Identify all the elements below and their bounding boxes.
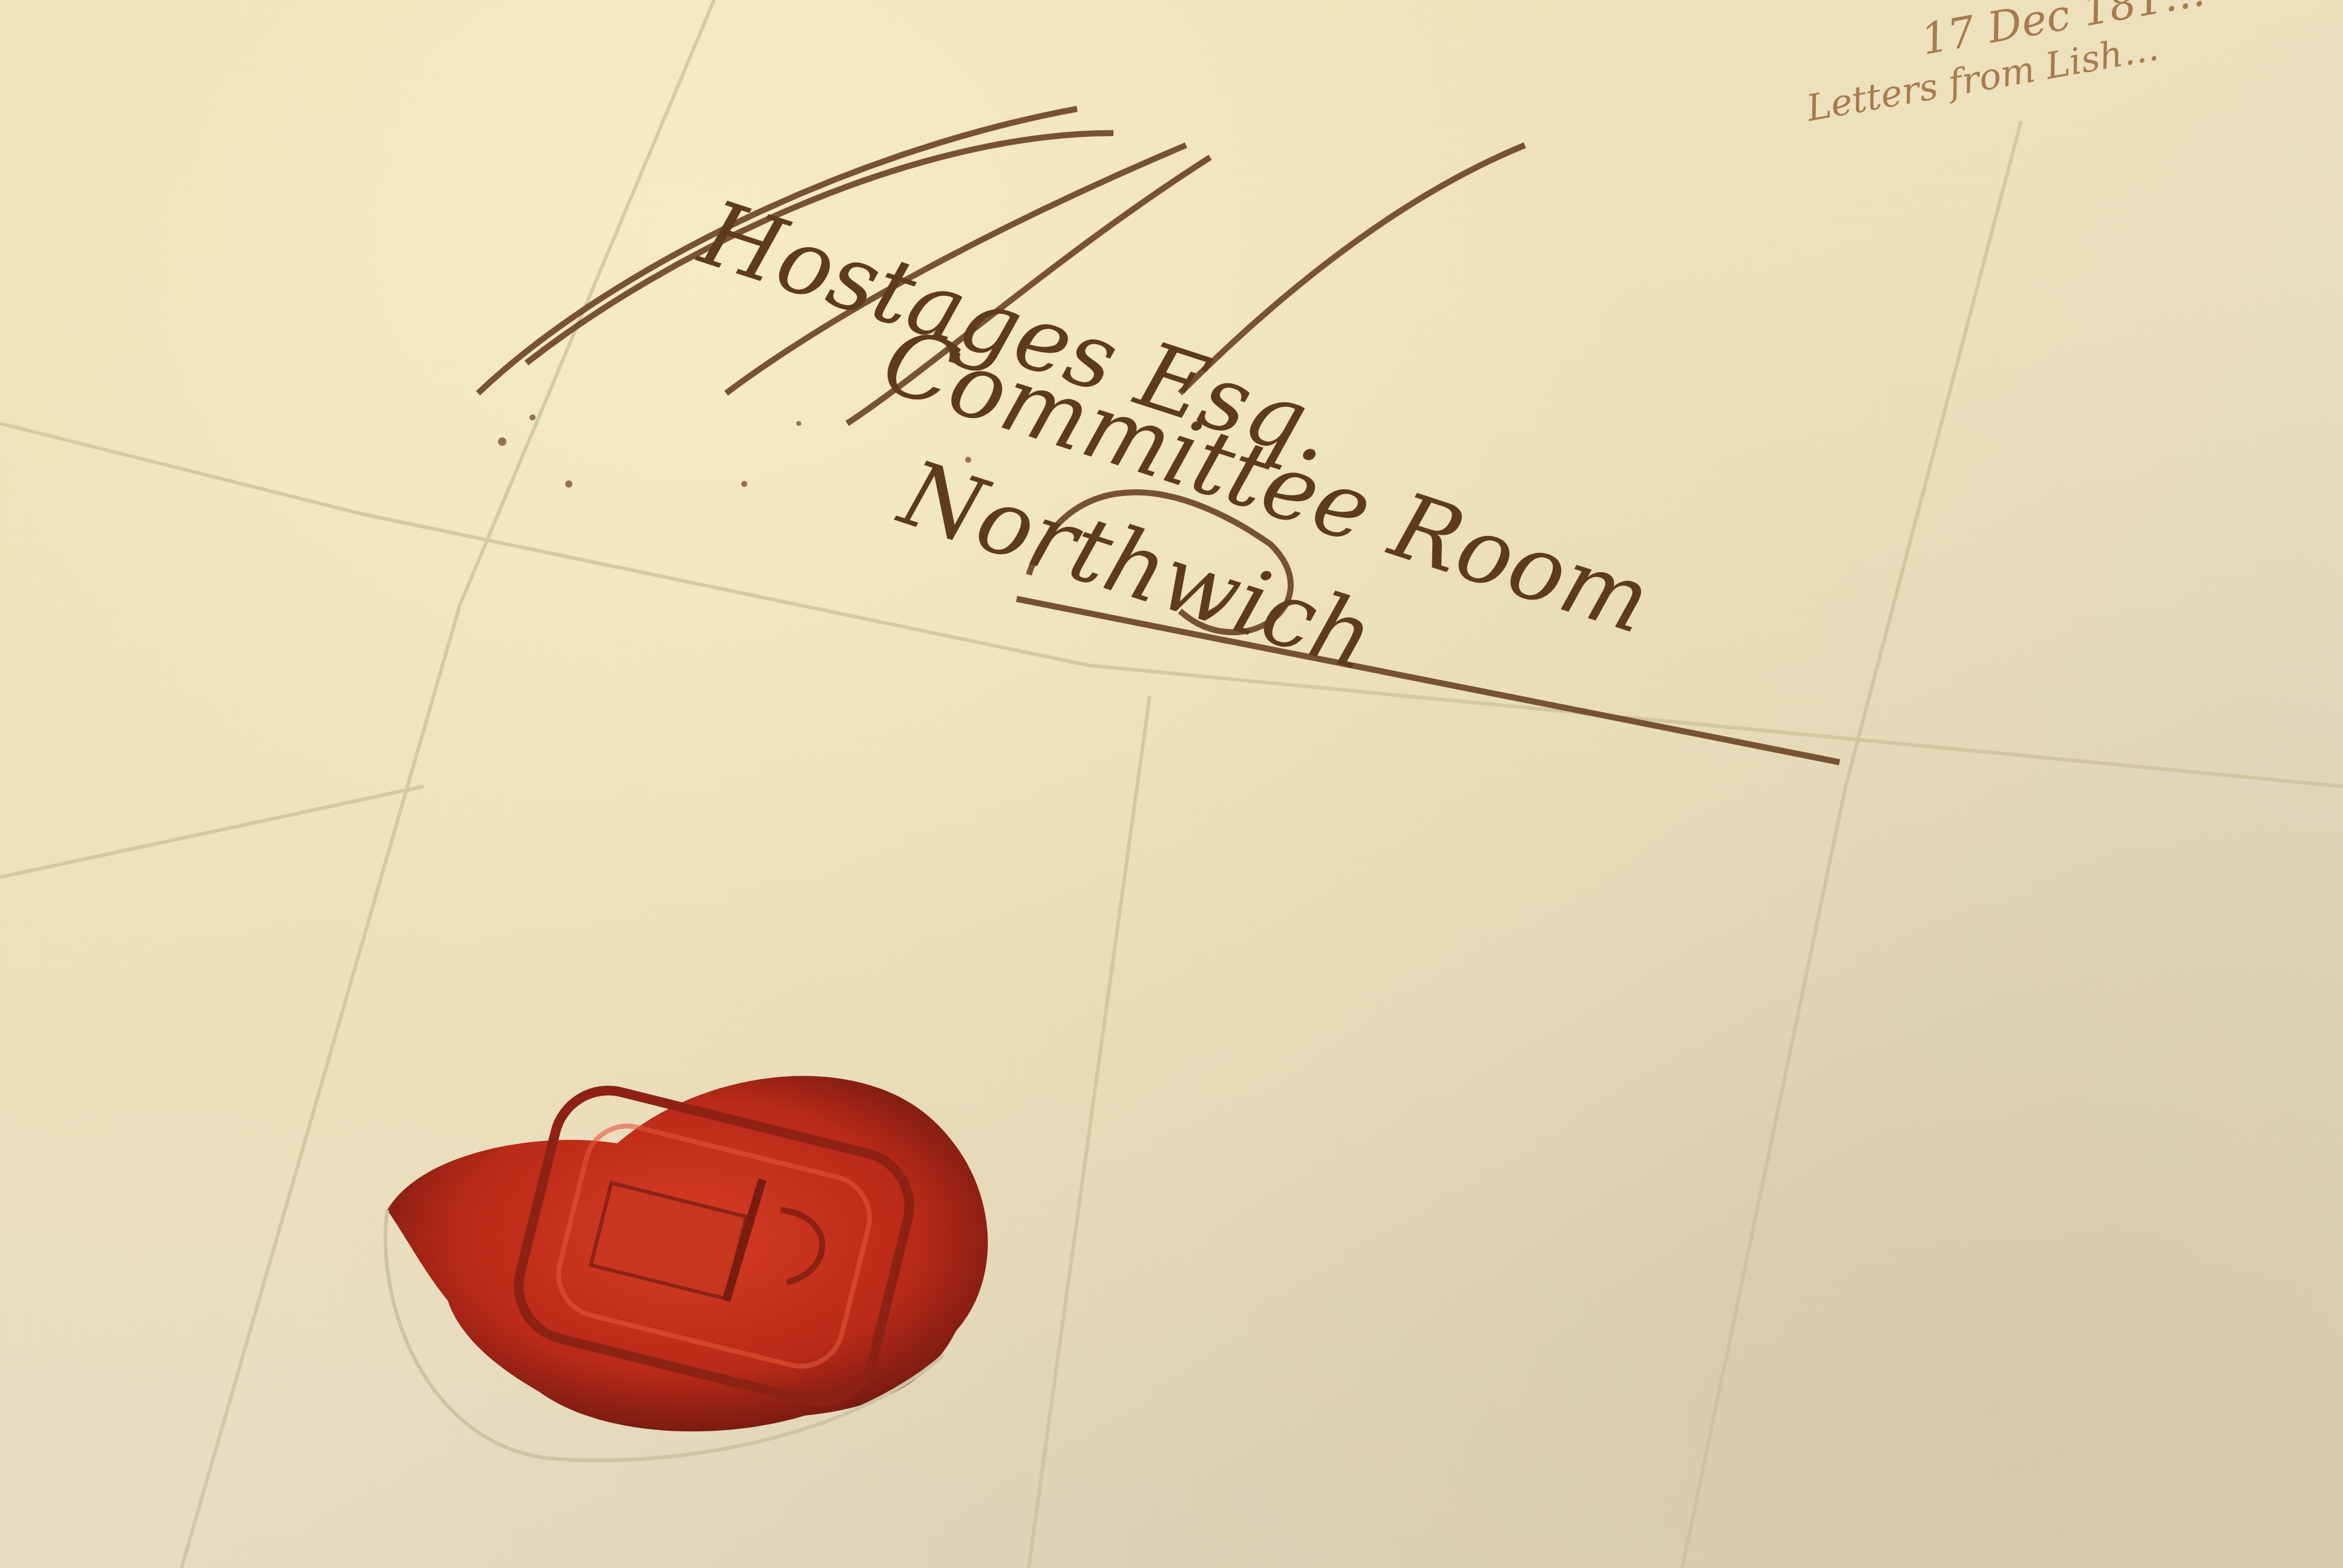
docket-text: 17 Dec 181… Letters from Lish… [1803, 0, 2208, 130]
letter-illustration: 17 Dec 181… Letters from Lish… Hostages … [0, 0, 2343, 1568]
wax-seal [387, 1076, 988, 1432]
ink-spatter [498, 414, 971, 488]
fold-creases [0, 0, 2343, 1568]
address-block: Hostages Esq. Committee Room Northwich [687, 180, 1662, 692]
